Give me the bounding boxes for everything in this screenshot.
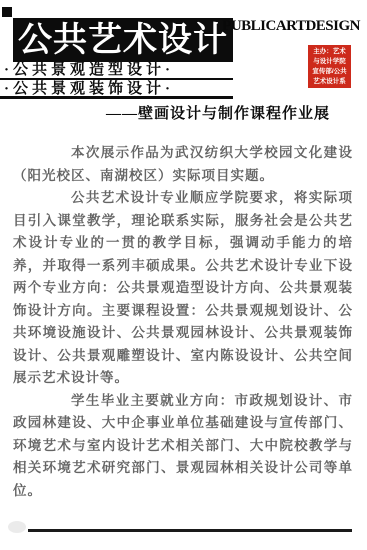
footer-divider-line	[28, 529, 352, 532]
brand-wordmark: PUBLICARTDESIGN	[222, 18, 360, 35]
title-banner: 公共艺术设计	[13, 18, 233, 62]
organizer-line: 艺术设计系	[313, 77, 346, 86]
exhibition-subtitle: ——壁画设计与制作课程作业展	[0, 102, 352, 123]
divider-thin	[0, 78, 233, 80]
organizer-line: 与设计学院	[313, 57, 346, 66]
page-title: 公共艺术设计	[18, 23, 228, 57]
divider-thick	[0, 96, 233, 99]
subheading-landscape-styling: ·公共景观造型设计·	[4, 62, 174, 78]
faint-footer-mark	[8, 521, 26, 533]
organizer-line: 宣传部/公共	[312, 67, 346, 76]
organizer-line: 主办：艺术	[313, 47, 346, 56]
paragraph-project-intro: 本次展示作品为武汉纺织大学校园文化建设（阳光校区、南湖校区）实际项目实题。	[13, 142, 353, 187]
paragraph-career-directions: 学生毕业主要就业方向：市政规划设计、市政园林建设、大中企事业单位基础建设与宣传部…	[13, 390, 353, 503]
body-copy: 本次展示作品为武汉纺织大学校园文化建设（阳光校区、南湖校区）实际项目实题。 公共…	[13, 142, 353, 502]
paragraph-program-description: 公共艺术设计专业顺应学院要求，将实际项目引入课堂教学，理论联系实际，服务社会是公…	[13, 187, 353, 390]
crop-mark-square	[2, 7, 12, 17]
poster-page: 公共艺术设计 PUBLICARTDESIGN 主办：艺术 与设计学院 宣传部/公…	[0, 0, 367, 550]
organizer-badge: 主办：艺术 与设计学院 宣传部/公共 艺术设计系	[308, 45, 351, 88]
